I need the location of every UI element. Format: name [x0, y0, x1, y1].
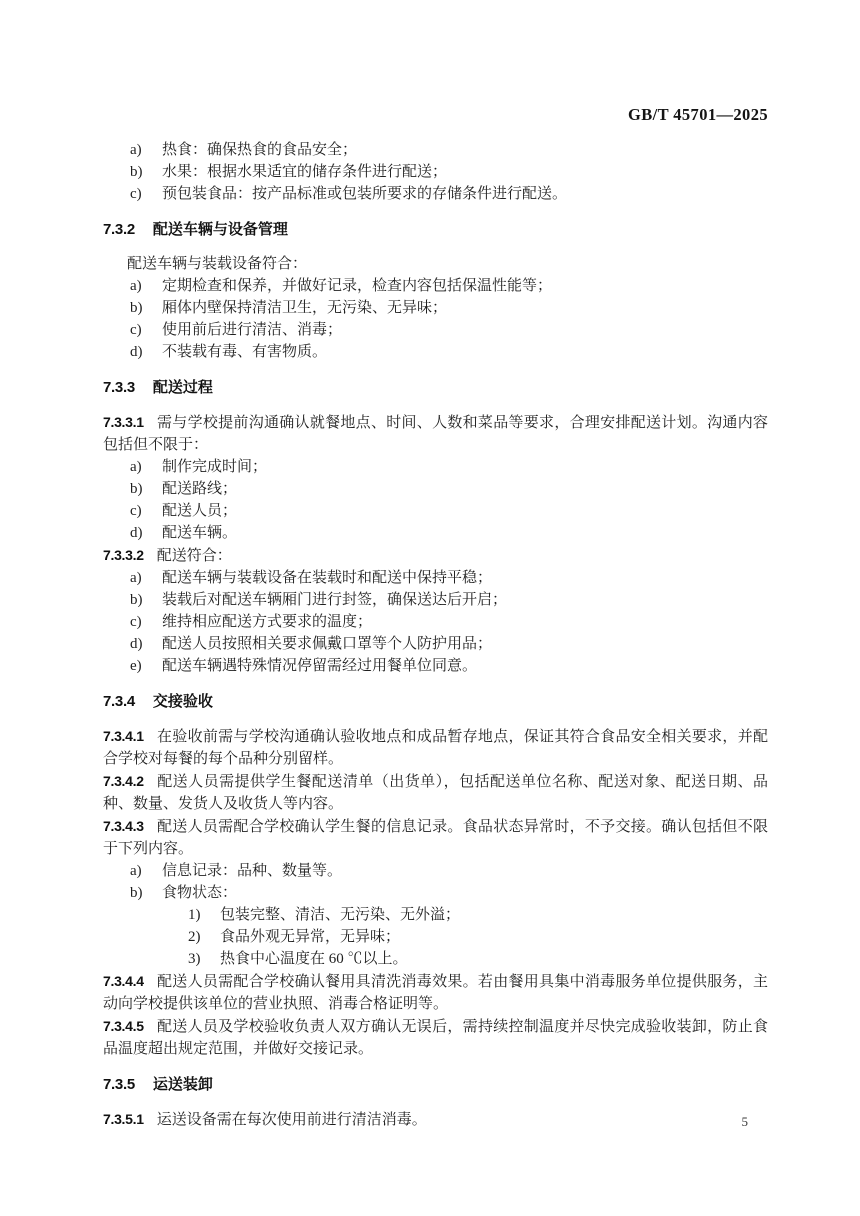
list-item-marker: c): [130, 500, 142, 522]
list-item-marker: a): [130, 860, 142, 882]
list-item-marker: c): [130, 183, 142, 205]
list-item-marker: e): [130, 655, 142, 677]
list-item-marker: d): [130, 633, 143, 655]
list-item-text: 使用前后进行清洁、消毒；: [162, 322, 342, 338]
clause-paragraph: 7.3.4.3配送人员需配合学校确认学生餐的信息记录。食品状态异常时，不予交接。…: [103, 815, 768, 860]
clause-heading: 7.3.4交接验收: [103, 691, 768, 713]
clause-text: 配送人员需提供学生餐配送清单（出货单），包括配送单位名称、配送对象、配送日期、品…: [103, 774, 768, 812]
list-item: a)热食：确保热食的食品安全；: [103, 139, 768, 161]
clause-title: 配送车辆与设备管理: [153, 221, 288, 238]
list-item-text: 配送人员；: [162, 503, 237, 519]
list-item-text: 配送人员按照相关要求佩戴口罩等个人防护用品；: [162, 636, 492, 652]
clause-text: 配送人员需配合学校确认餐用具清洗消毒效果。若由餐用具集中消毒服务单位提供服务，主…: [103, 974, 768, 1012]
list-item-marker: b): [130, 161, 143, 183]
list-item-marker: d): [130, 341, 143, 363]
clause-paragraph: 7.3.3.2配送符合：: [103, 544, 768, 567]
list-item-text: 配送车辆。: [162, 525, 237, 541]
clause-text: 配送符合：: [157, 548, 232, 564]
clause-heading: 7.3.3配送过程: [103, 377, 768, 399]
clause-paragraph: 7.3.4.5配送人员及学校验收负责人双方确认无误后，需持续控制温度并尽快完成验…: [103, 1015, 768, 1060]
clause-number: 7.3.4.5: [103, 1018, 144, 1034]
list-item: e)配送车辆遇特殊情况停留需经过用餐单位同意。: [103, 655, 768, 677]
list-item-marker: a): [130, 275, 142, 297]
list-item-marker: b): [130, 478, 143, 500]
list-item: b)水果：根据水果适宜的储存条件进行配送；: [103, 161, 768, 183]
clause-heading: 7.3.5运送装卸: [103, 1074, 768, 1096]
list-item: 3)热食中心温度在 60 ℃以上。: [103, 948, 768, 970]
list-item: c)维持相应配送方式要求的温度；: [103, 611, 768, 633]
list-item-text: 食物状态：: [162, 885, 237, 901]
list-item-marker: c): [130, 319, 142, 341]
list-item: a)定期检查和保养，并做好记录，检查内容包括保温性能等；: [103, 275, 768, 297]
list-item-text: 制作完成时间；: [162, 459, 267, 475]
list-item-marker: c): [130, 611, 142, 633]
list-item-text: 维持相应配送方式要求的温度；: [162, 614, 372, 630]
list-item: a)信息记录：品种、数量等。: [103, 860, 768, 882]
standard-code-header: GB/T 45701—2025: [103, 104, 768, 126]
list-item-text: 装载后对配送车辆厢门进行封签，确保送达后开启；: [162, 592, 507, 608]
clause-heading: 7.3.2配送车辆与设备管理: [103, 219, 768, 241]
list-item-marker: 3): [188, 948, 201, 970]
list-item-text: 热食中心温度在 60 ℃以上。: [220, 951, 408, 967]
clause-number: 7.3.3: [103, 379, 135, 396]
list-item: b)配送路线；: [103, 478, 768, 500]
list-item-text: 不装载有毒、有害物质。: [162, 344, 327, 360]
page-number: 5: [742, 1112, 749, 1132]
list-item: b)厢体内壁保持清洁卫生，无污染、无异味；: [103, 297, 768, 319]
clause-paragraph: 7.3.4.4配送人员需配合学校确认餐用具清洗消毒效果。若由餐用具集中消毒服务单…: [103, 970, 768, 1015]
clause-paragraph: 7.3.3.1需与学校提前沟通确认就餐地点、时间、人数和菜品等要求，合理安排配送…: [103, 411, 768, 456]
list-item: a)制作完成时间；: [103, 456, 768, 478]
list-item-text: 热食：确保热食的食品安全；: [162, 142, 357, 158]
list-item: d)配送车辆。: [103, 522, 768, 544]
list-item-marker: d): [130, 522, 143, 544]
clause-paragraph: 7.3.4.2配送人员需提供学生餐配送清单（出货单），包括配送单位名称、配送对象…: [103, 770, 768, 815]
list-item: c)使用前后进行清洁、消毒；: [103, 319, 768, 341]
list-item-text: 配送车辆与装载设备在装载时和配送中保持平稳；: [162, 570, 492, 586]
list-item-marker: a): [130, 139, 142, 161]
list-item-text: 配送路线；: [162, 481, 237, 497]
list-item: a)配送车辆与装载设备在装载时和配送中保持平稳；: [103, 567, 768, 589]
list-item-text: 定期检查和保养，并做好记录，检查内容包括保温性能等；: [162, 278, 552, 294]
list-item: c)配送人员；: [103, 500, 768, 522]
clause-number: 7.3.5: [103, 1076, 135, 1093]
clause-number: 7.3.4.2: [103, 773, 144, 789]
clause-text: 运送设备需在每次使用前进行清洁消毒。: [157, 1112, 427, 1128]
clause-text: 需与学校提前沟通确认就餐地点、时间、人数和菜品等要求，合理安排配送计划。沟通内容…: [103, 415, 768, 453]
list-item-marker: a): [130, 567, 142, 589]
list-item-marker: 1): [188, 904, 201, 926]
list-item-text: 水果：根据水果适宜的储存条件进行配送；: [162, 164, 447, 180]
clause-number: 7.3.2: [103, 221, 135, 238]
list-item-text: 预包装食品：按产品标准或包装所要求的存储条件进行配送。: [162, 186, 567, 202]
list-item-marker: b): [130, 589, 143, 611]
list-item-text: 包装完整、清洁、无污染、无外溢；: [220, 907, 460, 923]
list-item-marker: 2): [188, 926, 201, 948]
clause-number: 7.3.3.1: [103, 414, 144, 430]
document-body: a)热食：确保热食的食品安全；b)水果：根据水果适宜的储存条件进行配送；c)预包…: [103, 139, 768, 1131]
clause-paragraph: 7.3.4.1在验收前需与学校沟通确认验收地点和成品暂存地点，保证其符合食品安全…: [103, 725, 768, 770]
list-item-text: 厢体内壁保持清洁卫生，无污染、无异味；: [162, 300, 447, 316]
document-page: GB/T 45701—2025 a)热食：确保热食的食品安全；b)水果：根据水果…: [0, 0, 860, 1216]
list-item-text: 食品外观无异常，无异味；: [220, 929, 400, 945]
list-item-text: 配送车辆遇特殊情况停留需经过用餐单位同意。: [162, 658, 477, 674]
intro-paragraph: 配送车辆与装载设备符合：: [103, 253, 768, 275]
list-item-marker: b): [130, 882, 143, 904]
list-item: d)不装载有毒、有害物质。: [103, 341, 768, 363]
clause-number: 7.3.4.3: [103, 818, 144, 834]
list-item: 1)包装完整、清洁、无污染、无外溢；: [103, 904, 768, 926]
clause-title: 配送过程: [153, 379, 213, 396]
list-item: c)预包装食品：按产品标准或包装所要求的存储条件进行配送。: [103, 183, 768, 205]
list-item: b)装载后对配送车辆厢门进行封签，确保送达后开启；: [103, 589, 768, 611]
clause-number: 7.3.3.2: [103, 547, 144, 563]
list-item-text: 信息记录：品种、数量等。: [162, 863, 342, 879]
list-item: 2)食品外观无异常，无异味；: [103, 926, 768, 948]
list-item: d)配送人员按照相关要求佩戴口罩等个人防护用品；: [103, 633, 768, 655]
clause-title: 运送装卸: [153, 1076, 213, 1093]
clause-number: 7.3.4.4: [103, 973, 144, 989]
clause-title: 交接验收: [153, 693, 213, 710]
clause-number: 7.3.4.1: [103, 728, 144, 744]
clause-number: 7.3.5.1: [103, 1111, 144, 1127]
list-item: b)食物状态：: [103, 882, 768, 904]
clause-text: 配送人员及学校验收负责人双方确认无误后，需持续控制温度并尽快完成验收装卸，防止食…: [103, 1019, 768, 1057]
clause-number: 7.3.4: [103, 693, 135, 710]
clause-paragraph: 7.3.5.1运送设备需在每次使用前进行清洁消毒。: [103, 1108, 768, 1131]
clause-text: 配送人员需配合学校确认学生餐的信息记录。食品状态异常时，不予交接。确认包括但不限…: [103, 819, 768, 857]
list-item-marker: a): [130, 456, 142, 478]
clause-text: 在验收前需与学校沟通确认验收地点和成品暂存地点，保证其符合食品安全相关要求，并配…: [103, 729, 768, 767]
list-item-marker: b): [130, 297, 143, 319]
